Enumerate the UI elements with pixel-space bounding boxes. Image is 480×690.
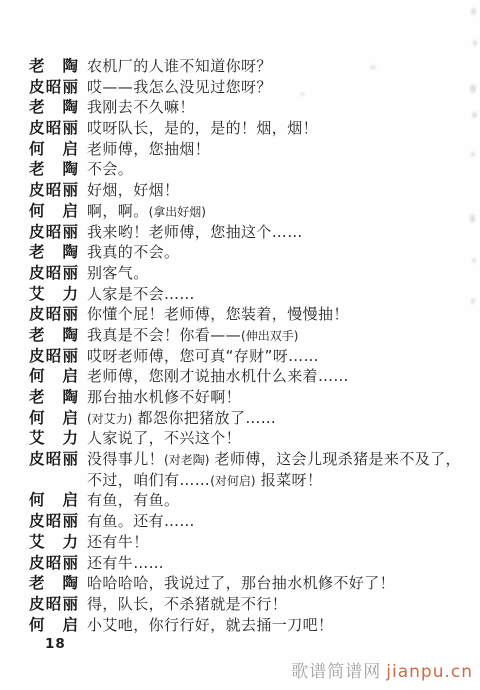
speaker-name: 何 启	[29, 201, 78, 222]
speaker-name: 皮昭丽	[29, 304, 78, 325]
script-line: 老 陶我真的不会。	[29, 242, 476, 263]
speaker-name: 何 启	[29, 408, 78, 429]
dialogue-text: 别客气。	[87, 264, 149, 282]
dialogue-content: 有鱼，有鱼。	[87, 490, 179, 511]
script-line: 何 启有鱼，有鱼。	[29, 490, 476, 511]
dialogue-text: 老师傅，您抽烟！	[87, 140, 210, 158]
dialogue-content: 你懂个屁！老师傅，您装着，慢慢抽！	[87, 304, 349, 325]
script-line: 艾 力人家说了，不兴这个！	[29, 428, 476, 449]
script-line: 何 启(对艾力) 都怨你把猪放了……	[29, 408, 476, 429]
dialogue-content: 没得事儿！(对老陶) 老师傅，这会儿现杀猪是来不及了，	[87, 449, 461, 471]
speaker-name: 老 陶	[29, 242, 78, 263]
speaker-name: 皮昭丽	[29, 449, 78, 470]
dialogue-content: 老师傅，您抽烟！	[87, 139, 210, 160]
dialogue-content: 好烟，好烟！	[87, 180, 179, 201]
watermark-site-url: jianpu.cn	[386, 662, 473, 682]
dialogue-list: 老 陶农机厂的人谁不知道你呀？ 皮昭丽哎——我怎么没见过您呀？ 老 陶我刚去不久…	[29, 56, 476, 635]
dialogue-content: 我真是不会！你看——(伸出双手)	[87, 325, 298, 347]
speaker-name: 老 陶	[29, 325, 78, 346]
speaker-name: 何 启	[29, 490, 78, 511]
speaker-name: 艾 力	[29, 532, 78, 553]
speaker-name: 艾 力	[29, 284, 78, 305]
dialogue-content: 我真的不会。	[87, 242, 179, 263]
dialogue-text: 小艾吔，你行行好，就去捅一刀吧！	[87, 616, 333, 634]
speaker-name: 皮昭丽	[29, 180, 78, 201]
scan-artifact	[472, 258, 476, 263]
script-page: 老 陶农机厂的人谁不知道你呀？ 皮昭丽哎——我怎么没见过您呀？ 老 陶我刚去不久…	[0, 0, 480, 690]
dialogue-content: 还有牛……	[87, 553, 164, 574]
speaker-name: 何 启	[29, 139, 78, 160]
dialogue-content: 人家说了，不兴这个！	[87, 428, 241, 449]
dialogue-content: 小艾吔，你行行好，就去捅一刀吧！	[87, 615, 333, 636]
dialogue-text: 我来哟！老师傅，您抽这个……	[87, 223, 303, 241]
stage-direction: (拿出好烟)	[149, 205, 206, 219]
script-line: 皮昭丽有鱼。还有……	[29, 511, 476, 532]
script-line: 艾 力人家是不会……	[29, 284, 476, 305]
scan-artifact	[300, 92, 305, 96]
dialogue-text: 不过，咱们有……	[87, 471, 210, 489]
script-line: 皮昭丽好烟，好烟！	[29, 180, 476, 201]
dialogue-text: 啊，啊。	[87, 202, 149, 220]
watermark: 歌谱简谱网jianpu.cn	[291, 657, 473, 682]
speaker-name: 艾 力	[29, 428, 78, 449]
dialogue-text: 我刚去不久嘛！	[87, 98, 195, 116]
dialogue-text: 我真是不会！你看——	[87, 326, 241, 344]
script-line: 艾 力还有牛！	[29, 532, 476, 553]
scan-artifact	[471, 8, 476, 15]
script-line: 老 陶那台抽水机修不好啊！	[29, 387, 476, 408]
script-line: 何 启小艾吔，你行行好，就去捅一刀吧！	[29, 615, 476, 636]
scan-artifact	[472, 112, 477, 118]
dialogue-text: 哎呀队长，是的，是的！烟，烟！	[87, 119, 318, 137]
dialogue-text: 农机厂的人谁不知道你呀？	[87, 57, 272, 75]
speaker-name: 老 陶	[29, 387, 78, 408]
stage-direction: (对何启)	[210, 474, 255, 488]
stage-direction: (对艾力)	[87, 412, 132, 426]
script-line: 老 陶哈哈哈哈，我说过了，那台抽水机修不好了！	[29, 573, 476, 594]
dialogue-text: 有鱼，有鱼。	[87, 491, 179, 509]
script-line: 老 陶我刚去不久嘛！	[29, 97, 476, 118]
script-line: 皮昭丽哎——我怎么没见过您呀？	[29, 77, 476, 98]
dialogue-text: 哈哈哈哈，我说过了，那台抽水机修不好了！	[87, 574, 395, 592]
script-line: 皮昭丽别客气。	[29, 263, 476, 284]
script-line: 皮昭丽哎呀队长，是的，是的！烟，烟！	[29, 118, 476, 139]
stage-direction: (对老陶)	[164, 453, 209, 467]
stage-direction: (伸出双手)	[241, 329, 298, 343]
script-line: 皮昭丽哎呀老师傅，您可真“存财”呀……	[29, 346, 476, 367]
speaker-name: 老 陶	[29, 573, 78, 594]
dialogue-text: 好烟，好烟！	[87, 181, 179, 199]
dialogue-content: 别客气。	[87, 263, 149, 284]
dialogue-content: 人家是不会……	[87, 284, 195, 305]
script-line: 皮昭丽还有牛……	[29, 553, 476, 574]
watermark-site-name: 歌谱简谱网	[291, 662, 381, 682]
dialogue-content: 哎呀队长，是的，是的！烟，烟！	[87, 118, 318, 139]
script-line: 皮昭丽没得事儿！(对老陶) 老师傅，这会儿现杀猪是来不及了，	[29, 449, 476, 470]
dialogue-content: 哈哈哈哈，我说过了，那台抽水机修不好了！	[87, 573, 395, 594]
speaker-name: 老 陶	[29, 159, 78, 180]
dialogue-content: 我刚去不久嘛！	[87, 97, 195, 118]
dialogue-text: 我真的不会。	[87, 243, 179, 261]
dialogue-text: 都怨你把猪放了……	[132, 409, 276, 427]
script-line: 皮昭丽得，队长，不杀猪就是不行！	[29, 594, 476, 615]
dialogue-text: 得，队长，不杀猪就是不行！	[87, 595, 287, 613]
speaker-name: 皮昭丽	[29, 594, 78, 615]
script-line: 皮昭丽我来哟！老师傅，您抽这个……	[29, 222, 476, 243]
speaker-name: 皮昭丽	[29, 263, 78, 284]
dialogue-text: 人家是不会……	[87, 285, 195, 303]
scan-artifact	[370, 65, 376, 70]
script-line: 皮昭丽你懂个屁！老师傅，您装着，慢慢抽！	[29, 304, 476, 325]
scan-artifact	[470, 214, 475, 223]
dialogue-text: 人家说了，不兴这个！	[87, 429, 241, 447]
script-line: 老 陶不会。	[29, 159, 476, 180]
dialogue-content: 还有牛！	[87, 532, 149, 553]
speaker-name: 何 启	[29, 366, 78, 387]
dialogue-text: 还有牛……	[87, 554, 164, 572]
scan-artifact	[470, 84, 476, 93]
dialogue-content: 有鱼。还有……	[87, 511, 195, 532]
speaker-name: 皮昭丽	[29, 222, 78, 243]
dialogue-content: 老师傅，您刚才说抽水机什么来着……	[87, 366, 349, 387]
dialogue-content: (对艾力) 都怨你把猪放了……	[87, 408, 276, 430]
script-line: 不过，咱们有……(对何启) 报菜呀！	[29, 470, 476, 491]
page-number: 18	[45, 636, 66, 652]
dialogue-content: 不会。	[87, 159, 133, 180]
speaker-name: 老 陶	[29, 97, 78, 118]
dialogue-content: 不过，咱们有……(对何启) 报菜呀！	[87, 470, 322, 492]
dialogue-content: 那台抽水机修不好啊！	[87, 387, 241, 408]
dialogue-content: 哎——我怎么没见过您呀？	[87, 77, 272, 98]
scan-artifact	[471, 298, 475, 304]
script-line: 老 陶我真是不会！你看——(伸出双手)	[29, 325, 476, 346]
dialogue-text: 哎——我怎么没见过您呀？	[87, 78, 272, 96]
dialogue-text: 没得事儿！	[87, 450, 164, 468]
dialogue-text: 报菜呀！	[256, 471, 323, 489]
dialogue-text: 不会。	[87, 160, 133, 178]
script-line: 何 启老师傅，您刚才说抽水机什么来着……	[29, 366, 476, 387]
scan-artifact	[473, 40, 477, 46]
dialogue-text: 你懂个屁！老师傅，您装着，慢慢抽！	[87, 305, 349, 323]
speaker-name: 皮昭丽	[29, 77, 78, 98]
speaker-name: 皮昭丽	[29, 346, 78, 367]
dialogue-text: 老师傅，您刚才说抽水机什么来着……	[87, 367, 349, 385]
dialogue-content: 农机厂的人谁不知道你呀？	[87, 56, 272, 77]
dialogue-content: 啊，啊。(拿出好烟)	[87, 201, 206, 223]
dialogue-content: 哎呀老师傅，您可真“存财”呀……	[87, 346, 319, 367]
dialogue-text: 那台抽水机修不好啊！	[87, 388, 241, 406]
script-line: 何 启老师傅，您抽烟！	[29, 139, 476, 160]
speaker-name: 老 陶	[29, 56, 78, 77]
dialogue-text: 还有牛！	[87, 533, 149, 551]
dialogue-content: 得，队长，不杀猪就是不行！	[87, 594, 287, 615]
scan-artifact	[471, 152, 475, 157]
speaker-name: 皮昭丽	[29, 118, 78, 139]
dialogue-text: 老师傅，这会儿现杀猪是来不及了，	[209, 450, 461, 468]
script-line: 老 陶农机厂的人谁不知道你呀？	[29, 56, 476, 77]
script-line: 何 启啊，啊。(拿出好烟)	[29, 201, 476, 222]
speaker-name: 皮昭丽	[29, 511, 78, 532]
speaker-name: 何 启	[29, 615, 78, 636]
dialogue-text: 有鱼。还有……	[87, 512, 195, 530]
dialogue-text: 哎呀老师傅，您可真“存财”呀……	[87, 347, 319, 365]
speaker-name: 皮昭丽	[29, 553, 78, 574]
dialogue-content: 我来哟！老师傅，您抽这个……	[87, 222, 303, 243]
